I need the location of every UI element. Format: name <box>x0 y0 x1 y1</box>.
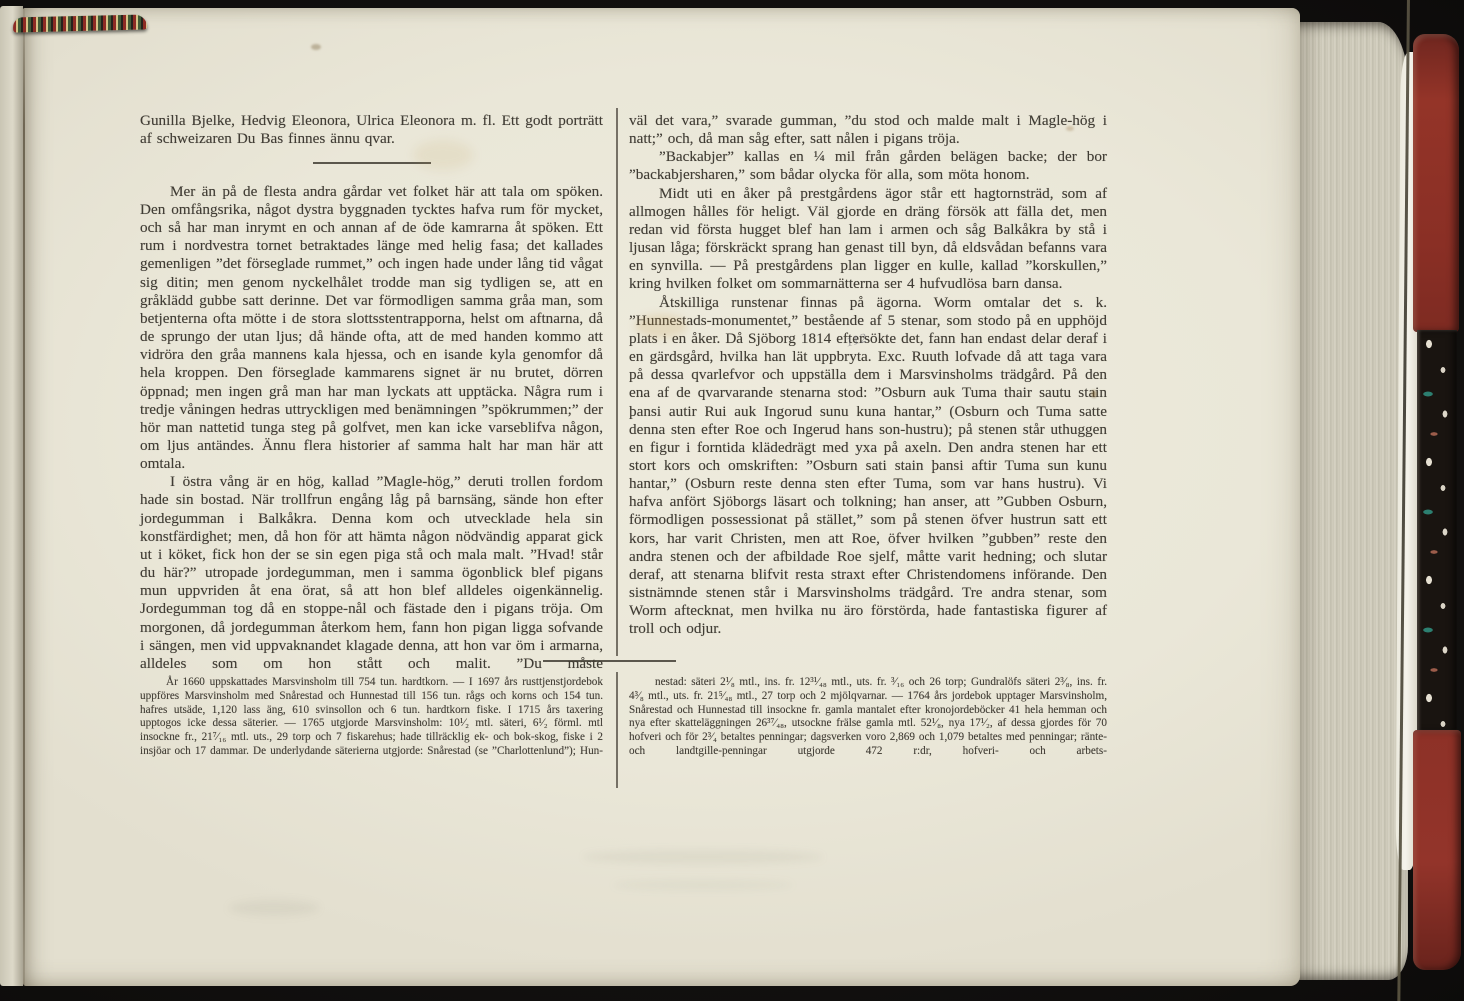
gutter-shadow <box>23 8 25 986</box>
footnote-column-right: nestad: säteri 2¹⁄₈ mtl., ins. fr. 12³¹⁄… <box>629 676 1107 759</box>
paragraph: Midt uti en åker på prestgårdens ägor st… <box>629 185 1107 294</box>
show-through-smudge <box>229 900 319 916</box>
book-cover-marbled-section <box>1417 330 1457 732</box>
footnote-paragraph: nestad: säteri 2¹⁄₈ mtl., ins. fr. 12³¹⁄… <box>629 676 1107 759</box>
footnote-column-left: År 1660 uppskattades Marsvinsholm till 7… <box>140 676 603 759</box>
footnote-paragraph: År 1660 uppskattades Marsvinsholm till 7… <box>140 676 603 759</box>
intro-paragraph: Gunilla Bjelke, Hedvig Eleonora, Ulrica … <box>140 112 603 148</box>
paragraph: väl det vara,” svarade gumman, ”du stod … <box>629 112 1107 148</box>
paragraph: ”Backabjer” kallas en ¼ mil från gården … <box>629 148 1107 184</box>
section-separator-rule <box>313 162 431 164</box>
book-scan-photo: Gunilla Bjelke, Hedvig Eleonora, Ulrica … <box>0 0 1464 1001</box>
paper-stain <box>311 44 321 50</box>
book-page: Gunilla Bjelke, Hedvig Eleonora, Ulrica … <box>23 8 1300 986</box>
footnote-separator-rule <box>543 660 676 662</box>
text-column-right: väl det vara,” svarade gumman, ”du stod … <box>629 112 1107 639</box>
footnote-column-divider-rule <box>616 672 618 788</box>
show-through-smudge <box>613 880 793 890</box>
book-cover-red-bottom <box>1413 730 1461 970</box>
paragraph: I östra vång är en hög, kallad ”Magle-hö… <box>140 473 603 673</box>
text-column-left: Gunilla Bjelke, Hedvig Eleonora, Ulrica … <box>140 112 603 673</box>
column-divider-rule <box>616 108 618 656</box>
facing-page-edge <box>0 6 23 986</box>
show-through-smudge <box>583 850 823 864</box>
book-headband <box>13 14 147 32</box>
paragraph: Mer än på de flesta andra gårdar vet fol… <box>140 183 603 474</box>
book-cover-red-top <box>1413 34 1459 332</box>
fore-edge-page-stack <box>1290 22 1408 980</box>
